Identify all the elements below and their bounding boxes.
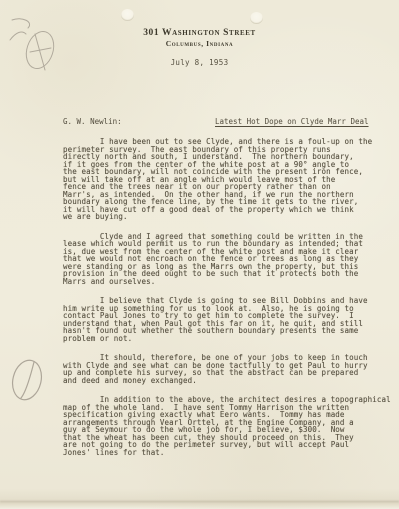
punch-hole <box>121 9 134 21</box>
paragraph: Clyde and I agreed that something could … <box>63 233 383 286</box>
letter-date: July 8, 1953 <box>0 58 399 67</box>
letter-body: I have been out to see Clyde, and there … <box>63 138 383 468</box>
punch-hole <box>250 12 263 24</box>
circled-number-one-mark <box>4 352 54 408</box>
scanned-letter-page: 301 Washington Street Columbus, Indiana … <box>0 0 399 509</box>
paragraph: It should, therefore, be one of your job… <box>63 354 383 384</box>
letterhead: 301 Washington Street Columbus, Indiana <box>0 28 399 48</box>
paragraph: I have been out to see Clyde, and there … <box>63 138 383 221</box>
recipient-name: G. W. Newlin: <box>63 117 122 126</box>
letterhead-city: Columbus, Indiana <box>0 39 399 48</box>
pencil-scribble-mark <box>8 14 72 84</box>
paragraph: I believe that Clyde is going to see Bil… <box>63 297 383 342</box>
page-bottom-shadow <box>0 500 399 503</box>
letterhead-street: 301 Washington Street <box>0 28 399 39</box>
subject-line: Latest Hot Dope on Clyde Marr Deal <box>215 117 369 126</box>
paragraph: In addition to the above, the architect … <box>63 396 383 456</box>
